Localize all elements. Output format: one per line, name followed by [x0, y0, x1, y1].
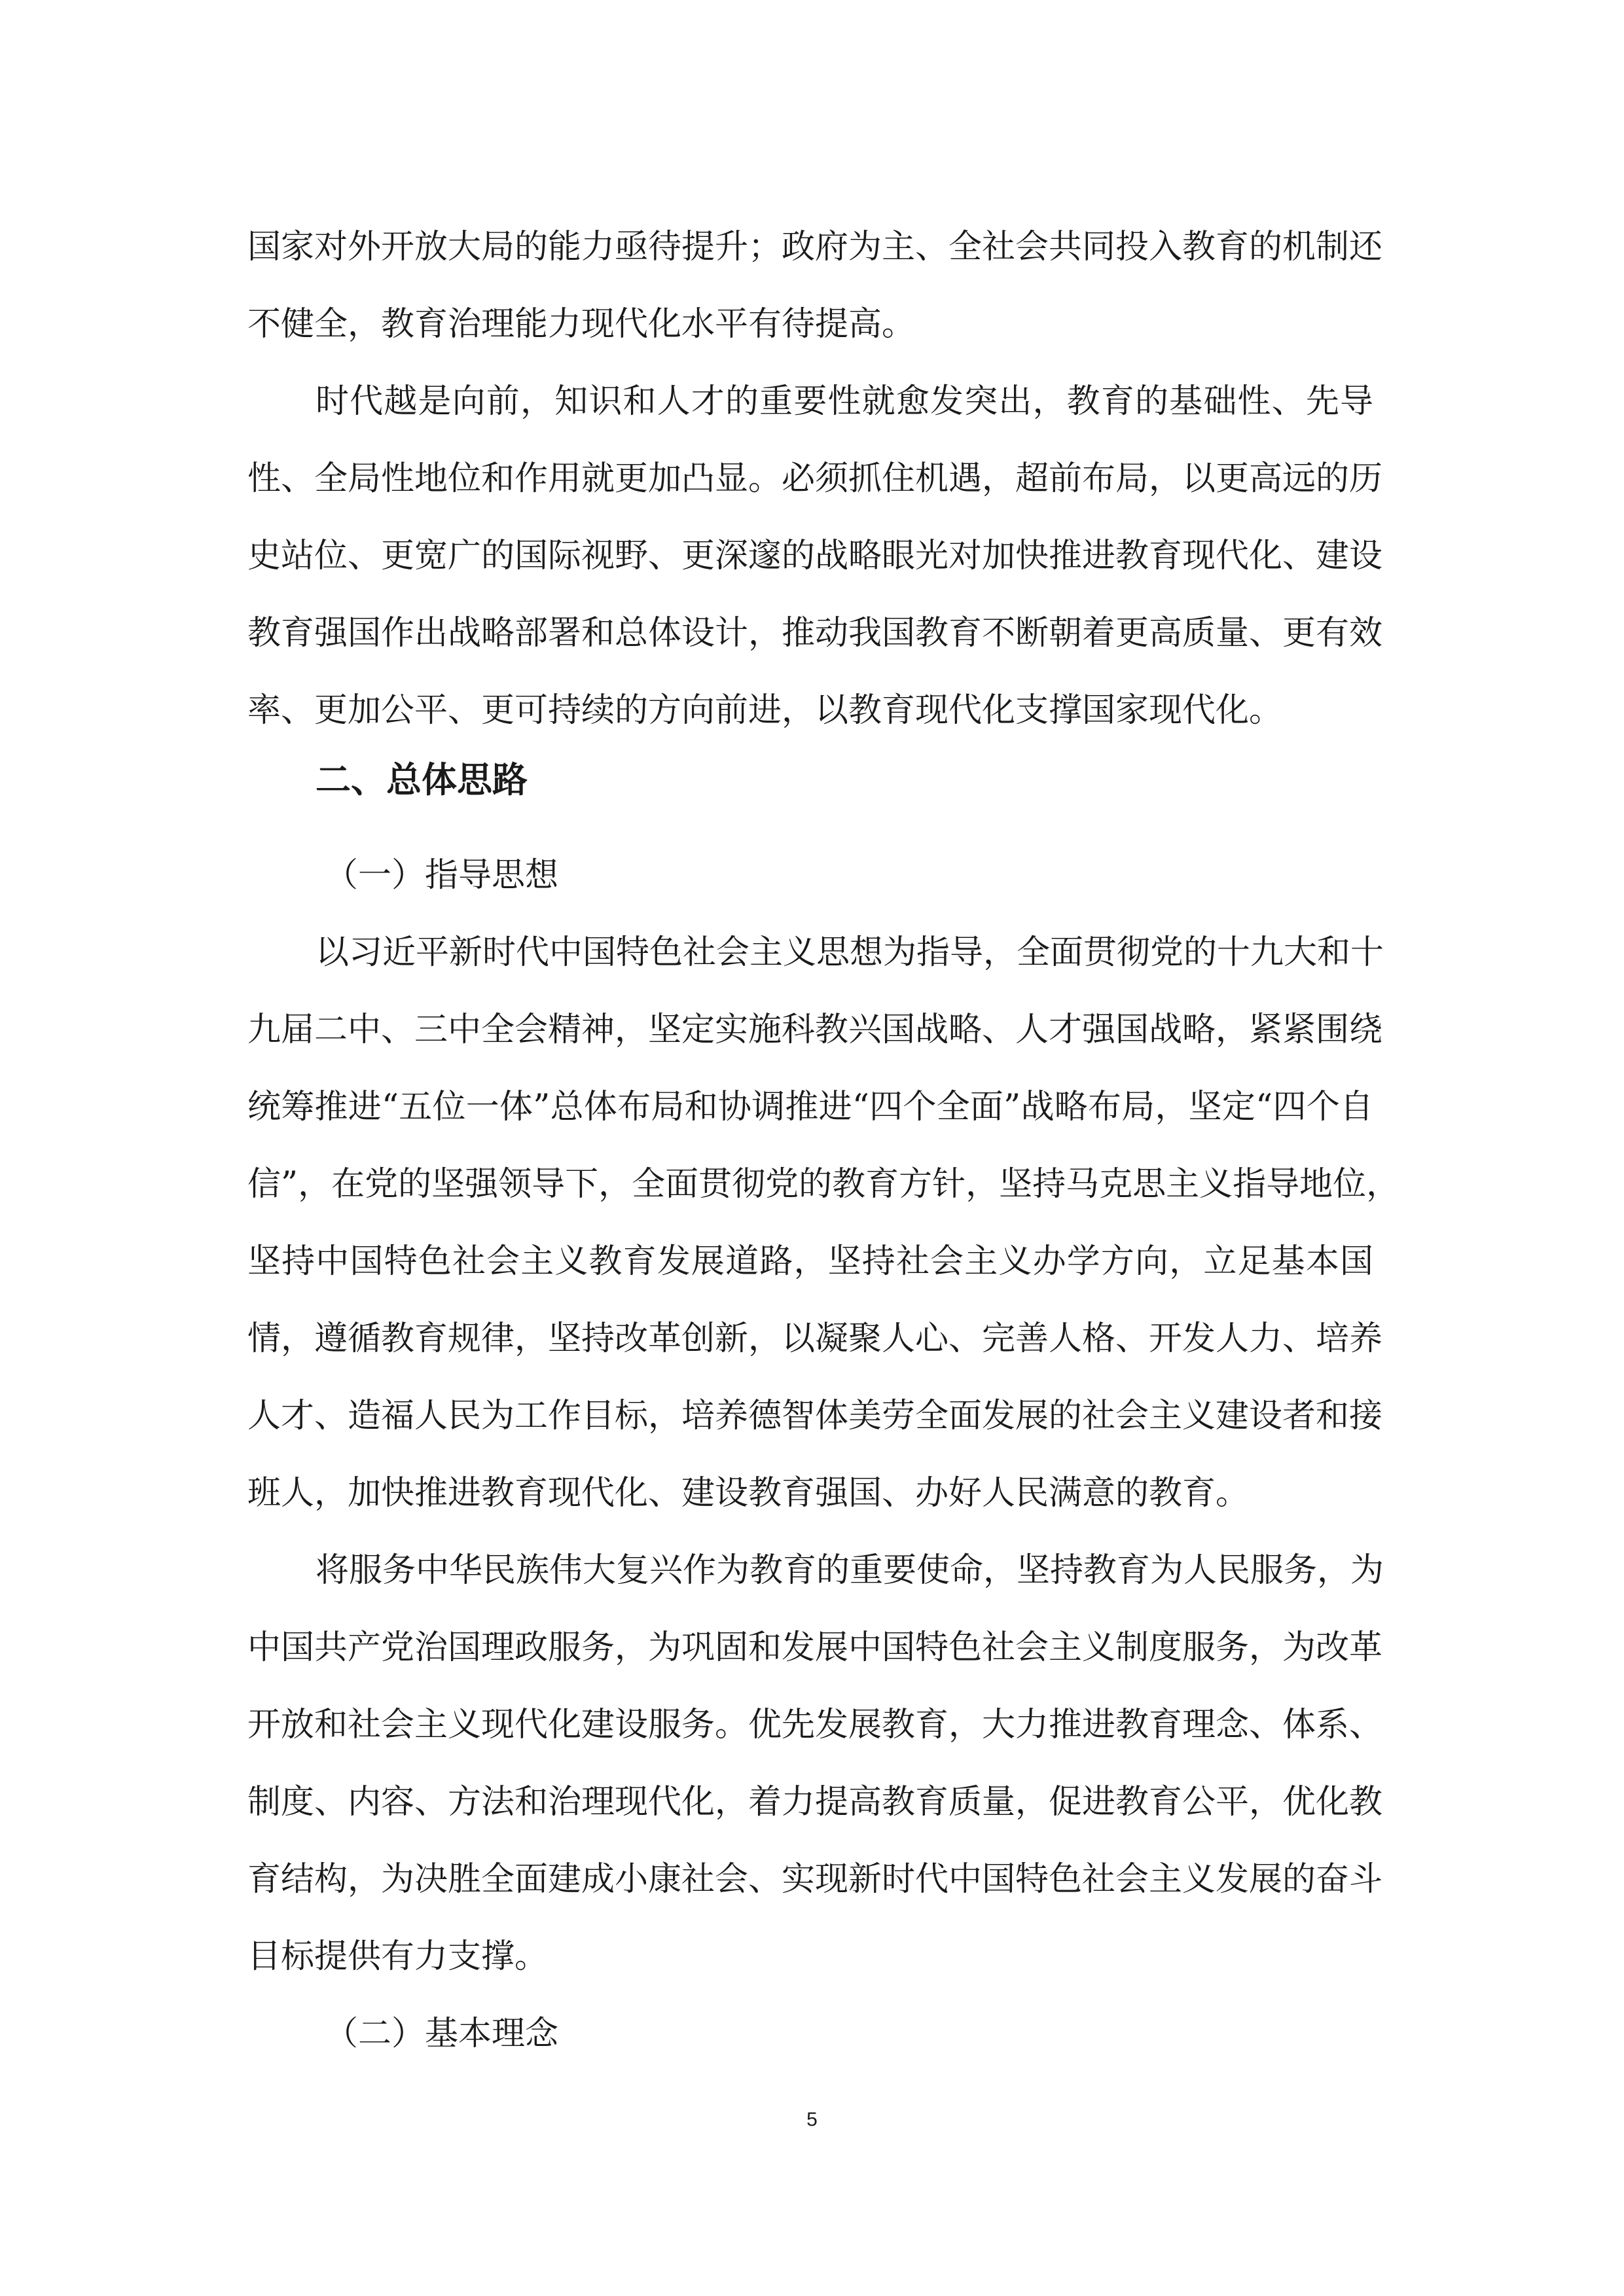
paragraph-line: 育结构，为决胜全面建成小康社会、实现新时代中国特色社会主义发展的奋斗 — [247, 1854, 1373, 1906]
paragraph-line: 统筹推进“五位一体”总体布局和协调推进“四个全面”战略布局，坚定“四个自 — [247, 1081, 1373, 1134]
paragraph-line: 以习近平新时代中国特色社会主义思想为指导，全面贯彻党的十九大和十 — [247, 927, 1373, 979]
paragraph-line: 国家对外开放大局的能力亟待提升；政府为主、全社会共同投入教育的机制还 — [247, 221, 1373, 274]
paragraph-line: 率、更加公平、更可持续的方向前进，以教育现代化支撑国家现代化。 — [247, 685, 1282, 737]
paragraph-line: 不健全，教育治理能力现代化水平有待提高。 — [247, 298, 915, 351]
paragraph-line: 信”，在党的坚强领导下，全面贯彻党的教育方针，坚持马克思主义指导地位， — [247, 1158, 1373, 1211]
paragraph-line: 班人，加快推进教育现代化、建设教育强国、办好人民满意的教育。 — [247, 1467, 1249, 1520]
paragraph-line: 人才、造福人民为工作目标，培养德智体美劳全面发展的社会主义建设者和接 — [247, 1390, 1373, 1443]
paragraph-line: 中国共产党治国理政服务，为巩固和发展中国特色社会主义制度服务，为改革 — [247, 1622, 1373, 1674]
paragraph-line: 时代越是向前，知识和人才的重要性就愈发突出，教育的基础性、先导 — [247, 376, 1373, 428]
paragraph-line: 坚持中国特色社会主义教育发展道路，坚持社会主义办学方向，立足基本国 — [247, 1236, 1373, 1288]
paragraph-line: 情，遵循教育规律，坚持改革创新，以凝聚人心、完善人格、开发人力、培养 — [247, 1313, 1373, 1365]
subsection-heading: （二）基本理念 — [247, 2008, 558, 2060]
paragraph-line: 将服务中华民族伟大复兴作为教育的重要使命，坚持教育为人民服务，为 — [247, 1545, 1373, 1597]
paragraph-line: 制度、内容、方法和治理现代化，着力提高教育质量，促进教育公平，优化教 — [247, 1776, 1373, 1829]
section-heading: 二、总体思路 — [316, 754, 528, 806]
paragraph-line: 九届二中、三中全会精神，坚定实施科教兴国战略、人才强国战略，紧紧围绕 — [247, 1004, 1373, 1056]
paragraph-line: 目标提供有力支撑。 — [247, 1931, 548, 1983]
subsection-heading: （一）指导思想 — [247, 850, 558, 902]
document-page: 国家对外开放大局的能力亟待提升；政府为主、全社会共同投入教育的机制还 不健全，教… — [0, 0, 1624, 2296]
paragraph-line: 性、全局性地位和作用就更加凸显。必须抓住机遇，超前布局，以更高远的历 — [247, 453, 1373, 505]
paragraph-line: 开放和社会主义现代化建设服务。优先发展教育，大力推进教育理念、体系、 — [247, 1699, 1373, 1751]
paragraph-line: 史站位、更宽广的国际视野、更深邃的战略眼光对加快推进教育现代化、建设 — [247, 530, 1373, 583]
page-number: 5 — [0, 2109, 1624, 2131]
paragraph-line: 教育强国作出战略部署和总体设计，推动我国教育不断朝着更高质量、更有效 — [247, 607, 1373, 660]
